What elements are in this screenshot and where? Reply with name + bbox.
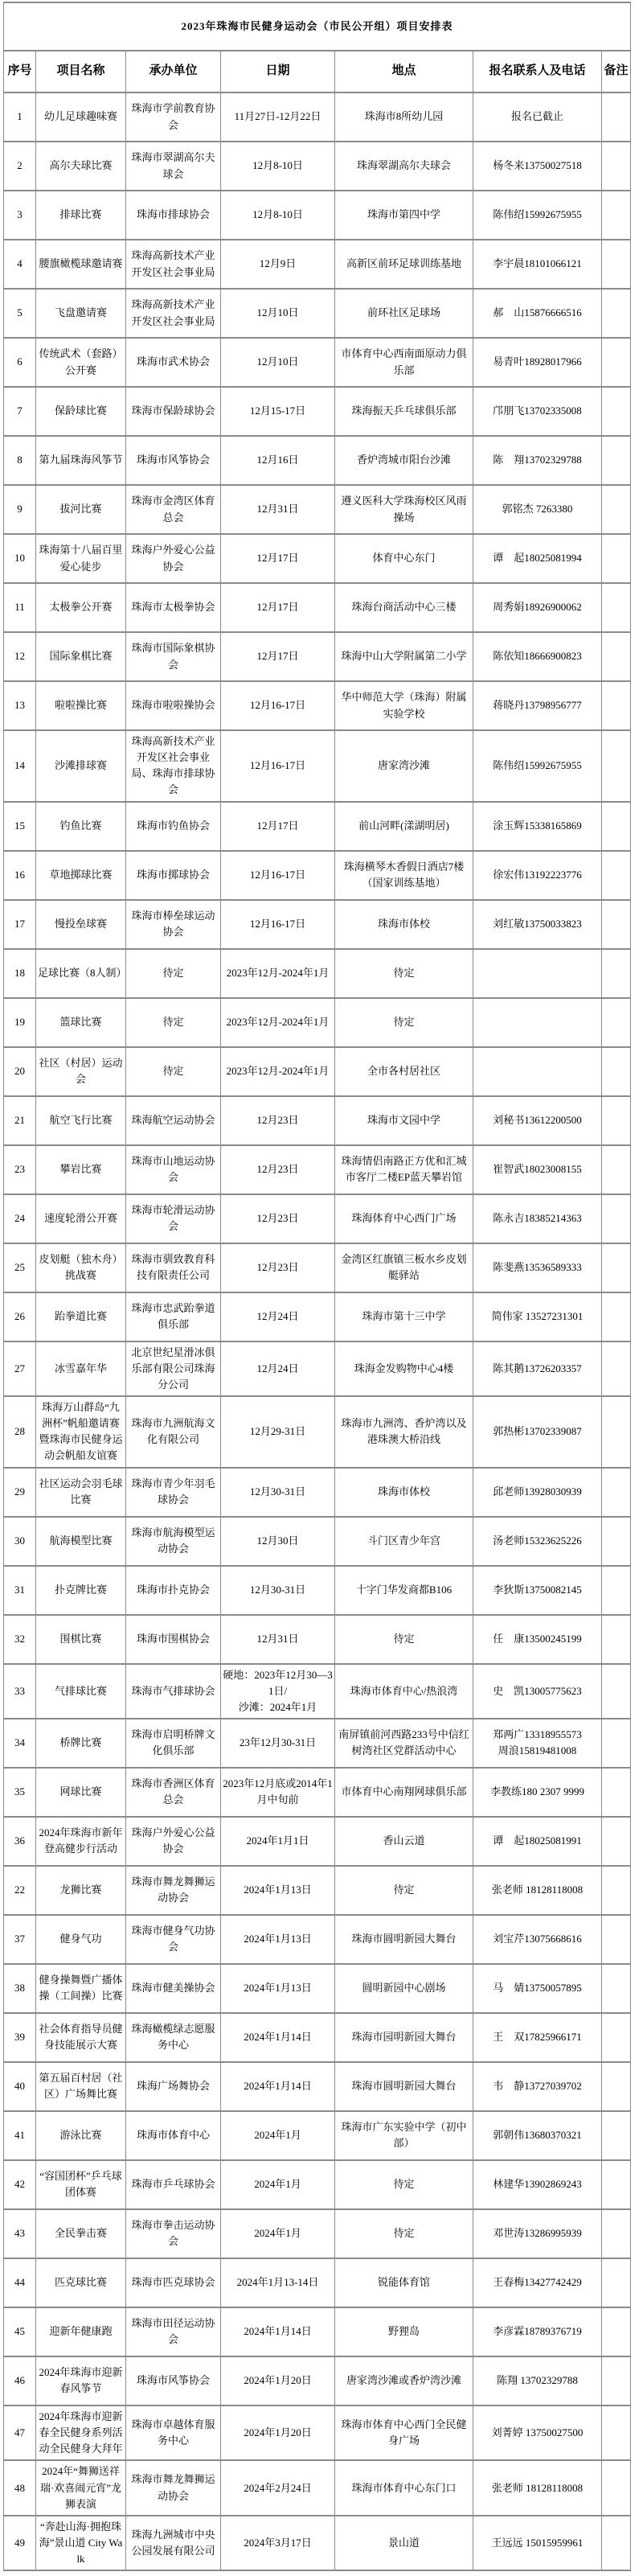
cell-date: 2024年1月13日 [221, 1866, 335, 1915]
cell-org: 待定 [126, 998, 221, 1047]
cell-loc: 十字门华发商都B106 [335, 1566, 473, 1615]
table-row: 33气排球比赛珠海市气排球协会硬地：2023年12月30—31日/ 沙滩：202… [4, 1664, 631, 1719]
cell-loc: 珠海体育中心西门广场 [335, 1194, 473, 1243]
cell-name: 攀岩比赛 [36, 1145, 126, 1194]
cell-name: 扑克牌比赛 [36, 1566, 126, 1615]
cell-org: 珠海户外爱心公益协会 [126, 1817, 221, 1866]
cell-date: 2024年1月 [221, 2111, 335, 2160]
table-row: 26跆拳道比赛珠海市忠武跆拳道俱乐部12月24日珠海市第十三中学简伟家 1352… [4, 1292, 631, 1341]
cell-loc: 珠海台商活动中心三楼 [335, 583, 473, 632]
cell-remark [602, 949, 631, 998]
table-row: 15钓鱼比赛珠海市钓鱼协会12月17日前山河畔(漾湖明居)涂玉辉15338165… [4, 802, 631, 851]
cell-contact: 李狄斯13750082145 [473, 1566, 602, 1615]
cell-name: 网球比赛 [36, 1768, 126, 1817]
cell-date: 23年12月30-31日 [221, 1719, 335, 1768]
cell-name: 速度轮滑公开赛 [36, 1194, 126, 1243]
cell-name: 草地掷球比赛 [36, 851, 126, 900]
cell-contact: 李彦霖18789376719 [473, 2307, 602, 2356]
cell-remark [602, 92, 631, 142]
cell-contact: 李宇晨18101066121 [473, 240, 602, 289]
cell-remark [602, 998, 631, 1047]
cell-loc: 高新区前环足球训练基地 [335, 240, 473, 289]
cell-loc: 南屏镇前河西路233号中信红树湾社区党群活动中心 [335, 1719, 473, 1768]
cell-org: 珠海市钓鱼协会 [126, 802, 221, 851]
cell-name: 拔河比赛 [36, 485, 126, 534]
cell-contact: 陈伟绍15992675955 [473, 191, 602, 240]
table-row: 3排球比赛珠海市排球协会12月8-10日珠海市第四中学陈伟绍1599267595… [4, 191, 631, 240]
cell-contact: 郭热彬13702339087 [473, 1396, 602, 1468]
cell-contact: 谭 起18025081991 [473, 1817, 602, 1866]
table-row: 42“容国团杯”乒乓球团体赛珠海市乒乓球协会2024年1月待定林建华139028… [4, 2160, 631, 2209]
cell-name: 迎新年健康跑 [36, 2307, 126, 2356]
cell-no: 3 [4, 191, 36, 240]
cell-org: 珠海市驯致教育科技有限责任公司 [126, 1243, 221, 1292]
table-row: 27冰雪嘉年华北京世纪星滑冰俱乐部有限公司珠海分公司12月24日珠海金发购物中心… [4, 1341, 631, 1396]
cell-org: 珠海市轮滑运动协会 [126, 1194, 221, 1243]
cell-name: 匹克球比赛 [36, 2258, 126, 2307]
cell-name: 2024年珠海市迎新春全民健身系列活动全民健身大拜年 [36, 2405, 126, 2460]
table-row: 40第五届百村居（社区）广场舞比赛珠海广场舞协会2024年1月14日珠海市圆明新… [4, 2062, 631, 2111]
table-row: 482024年“舞狮送祥瑞·欢喜闹元宵”龙狮表演珠海市舞龙舞狮运动协会2024年… [4, 2460, 631, 2515]
cell-contact: 郑两广13318955573 周浪15819481008 [473, 1719, 602, 1768]
cell-loc: 珠海市园明新园大舞台 [335, 2013, 473, 2062]
cell-contact: 任 康13500245199 [473, 1615, 602, 1664]
cell-remark [602, 1964, 631, 2013]
cell-date: 2024年1月13日 [221, 1964, 335, 2013]
cell-no: 32 [4, 1615, 36, 1664]
cell-loc: 唐家湾沙滩 [335, 730, 473, 802]
cell-no: 29 [4, 1468, 36, 1517]
cell-date: 12月31日 [221, 1615, 335, 1664]
cell-org: 珠海市风筝协会 [126, 436, 221, 485]
cell-no: 17 [4, 900, 36, 949]
cell-contact: 陈斐燕13536589333 [473, 1243, 602, 1292]
column-header: 报名联系人及电话 [473, 51, 602, 92]
schedule-table: 2023年珠海市民健身运动会（市民公开组）项目安排表 序号项目名称承办单位日期地… [3, 2, 631, 2571]
cell-name: “容国团杯”乒乓球团体赛 [36, 2160, 126, 2209]
cell-no: 39 [4, 2013, 36, 2062]
cell-date: 12月30-31日 [221, 1566, 335, 1615]
cell-contact: 张老师 18128118008 [473, 1866, 602, 1915]
table-row: 5飞盘邀请赛珠海高新技术产业开发区社会事业局12月10日前环社区足球场郝 山15… [4, 289, 631, 338]
table-row: 17慢投垒球赛珠海市棒垒球运动协会12月16-17日珠海市体校刘红敏137500… [4, 900, 631, 949]
table-row: 11太极拳公开赛珠海市太极拳协会12月17日珠海台商活动中心三楼周秀娟18926… [4, 583, 631, 632]
cell-remark [602, 1615, 631, 1664]
cell-contact: 涂玉辉15338165869 [473, 802, 602, 851]
cell-no: 47 [4, 2405, 36, 2460]
table-row: 45迎新年健康跑珠海市田径运动协会2024年1月14日野狸岛李彦霖1878937… [4, 2307, 631, 2356]
column-header: 承办单位 [126, 51, 221, 92]
cell-loc: 金湾区红旗镇三板水乡皮划艇驿站 [335, 1243, 473, 1292]
cell-contact: 陈伟绍15992675955 [473, 730, 602, 802]
cell-date: 12月23日 [221, 1096, 335, 1145]
cell-remark [602, 142, 631, 191]
table-row: 25皮划艇（独木舟）挑战赛珠海市驯致教育科技有限责任公司12月23日金湾区红旗镇… [4, 1243, 631, 1292]
cell-name: 珠海第十八届百里爱心徒步 [36, 534, 126, 583]
table-row: 462024年珠海市迎新春风筝节珠海市风筝协会2024年1月20日唐家湾沙滩或香… [4, 2356, 631, 2405]
cell-org: 珠海市拳击运动协会 [126, 2209, 221, 2258]
cell-no: 26 [4, 1292, 36, 1341]
cell-remark [602, 681, 631, 730]
table-row: 16草地掷球比赛珠海市掷球协会12月16-17日珠海横琴木香假日酒店7楼（国家训… [4, 851, 631, 900]
cell-no: 9 [4, 485, 36, 534]
cell-contact: 陈依知18666900823 [473, 632, 602, 681]
header-row: 序号项目名称承办单位日期地点报名联系人及电话备注 [4, 51, 631, 92]
cell-remark [602, 436, 631, 485]
cell-date: 12月23日 [221, 1194, 335, 1243]
cell-org: 珠海市棒垒球运动协会 [126, 900, 221, 949]
cell-remark [602, 387, 631, 436]
cell-org: 珠海市青少年羽毛球协会 [126, 1468, 221, 1517]
cell-remark [602, 730, 631, 802]
cell-org: 珠海市掷球协会 [126, 851, 221, 900]
cell-date: 12月10日 [221, 338, 335, 387]
cell-remark [602, 2209, 631, 2258]
column-header: 备注 [602, 51, 631, 92]
cell-date: 2023年12月底或2014年1月中旬前 [221, 1768, 335, 1817]
cell-date: 2024年1月20日 [221, 2405, 335, 2460]
cell-name: 传统武术（套路）公开赛 [36, 338, 126, 387]
cell-date: 12月10日 [221, 289, 335, 338]
cell-date: 12月16-17日 [221, 681, 335, 730]
cell-name: 气排球比赛 [36, 1664, 126, 1719]
cell-contact: 张老师 18128118008 [473, 2460, 602, 2515]
cell-no: 15 [4, 802, 36, 851]
cell-no: 4 [4, 240, 36, 289]
cell-no: 43 [4, 2209, 36, 2258]
table-row: 13啦啦操比赛珠海市啦啦操协会12月16-17日华中师范大学（珠海）附属实验学校… [4, 681, 631, 730]
title-row: 2023年珠海市民健身运动会（市民公开组）项目安排表 [4, 2, 631, 51]
cell-loc: 珠海市8所幼儿园 [335, 92, 473, 142]
cell-no: 14 [4, 730, 36, 802]
cell-loc: 华中师范大学（珠海）附属实验学校 [335, 681, 473, 730]
cell-no: 20 [4, 1047, 36, 1096]
cell-remark [602, 2460, 631, 2515]
cell-org: 珠海市九洲航海文化有限公司 [126, 1396, 221, 1468]
table-row: 20社区（村居）运动会待定2023年12月-2024年1月全市各村居社区 [4, 1047, 631, 1096]
cell-no: 12 [4, 632, 36, 681]
column-header: 地点 [335, 51, 473, 92]
cell-contact: 周秀娟18926900062 [473, 583, 602, 632]
cell-loc: 珠海市九洲湾、香炉湾以及港珠澳大桥沿线 [335, 1396, 473, 1468]
cell-org: 珠海航空运动协会 [126, 1096, 221, 1145]
cell-no: 38 [4, 1964, 36, 2013]
cell-org: 珠海市健身气功协会 [126, 1915, 221, 1964]
cell-org: 珠海橄榄绿志愿服务中心 [126, 2013, 221, 2062]
cell-org: 珠海市太极拳协会 [126, 583, 221, 632]
cell-date: 2023年12月-2024年1月 [221, 1047, 335, 1096]
cell-remark [602, 1768, 631, 1817]
cell-date: 12月24日 [221, 1292, 335, 1341]
table-row: 8第九届珠海风筝节珠海市风筝协会12月16日香炉湾城市阳台沙滩陈 翔137023… [4, 436, 631, 485]
cell-remark [602, 289, 631, 338]
cell-org: 珠海市翠湖高尔夫球会 [126, 142, 221, 191]
cell-no: 8 [4, 436, 36, 485]
cell-org: 珠海户外爱心公益协会 [126, 534, 221, 583]
cell-contact: 谭 起18025081994 [473, 534, 602, 583]
cell-remark [602, 1396, 631, 1468]
cell-org: 珠海市国际象棋协会 [126, 632, 221, 681]
cell-contact: 王 双17825966171 [473, 2013, 602, 2062]
cell-contact: 报名已截止 [473, 92, 602, 142]
cell-name: 健身操舞暨广播体操（工间操）比赛 [36, 1964, 126, 2013]
page-title: 2023年珠海市民健身运动会（市民公开组）项目安排表 [4, 2, 631, 51]
cell-no: 30 [4, 1517, 36, 1566]
cell-contact: 王春梅13427742429 [473, 2258, 602, 2307]
cell-date: 12月30日 [221, 1517, 335, 1566]
cell-name: 龙狮比赛 [36, 1866, 126, 1915]
cell-date: 2023年12月-2024年1月 [221, 998, 335, 1047]
cell-contact: 汤老师15323625226 [473, 1517, 602, 1566]
cell-contact: 徐宏伟13192223776 [473, 851, 602, 900]
cell-no: 6 [4, 338, 36, 387]
cell-loc: 珠海市第十三中学 [335, 1292, 473, 1341]
cell-loc: 锐能体育馆 [335, 2258, 473, 2307]
cell-contact: 崔智武18023008155 [473, 1145, 602, 1194]
cell-date: 2024年1月 [221, 2160, 335, 2209]
cell-no: 25 [4, 1243, 36, 1292]
cell-name: 慢投垒球赛 [36, 900, 126, 949]
cell-date: 12月16日 [221, 436, 335, 485]
cell-remark [602, 2307, 631, 2356]
cell-org: 珠海高新技术产业开发区社会事业局 [126, 289, 221, 338]
table-row: 43全民拳击赛珠海市拳击运动协会2024年1月待定邓世涛13286995939 [4, 2209, 631, 2258]
cell-name: 2024年珠海市新年登高健步行活动 [36, 1817, 126, 1866]
cell-remark [602, 1292, 631, 1341]
cell-date: 2024年1月13-14日 [221, 2258, 335, 2307]
table-row: 28珠海万山群岛“九洲杯”帆船邀请赛暨珠海市民健身运动会帆船友谊赛珠海市九洲航海… [4, 1396, 631, 1468]
cell-loc: 香山云道 [335, 1817, 473, 1866]
cell-date: 12月16-17日 [221, 730, 335, 802]
cell-no: 13 [4, 681, 36, 730]
column-header: 日期 [221, 51, 335, 92]
cell-date: 12月31日 [221, 485, 335, 534]
cell-no: 22 [4, 1866, 36, 1915]
cell-date: 12月30-31日 [221, 1468, 335, 1517]
cell-no: 46 [4, 2356, 36, 2405]
cell-name: 篮球比赛 [36, 998, 126, 1047]
table-row: 18足球比赛（8人制）待定2023年12月-2024年1月待定 [4, 949, 631, 998]
cell-remark [602, 1468, 631, 1517]
cell-remark [602, 240, 631, 289]
table-row: 14沙滩排球赛珠海高新技术产业开发区社会事业局、珠海市排球协会12月16-17日… [4, 730, 631, 802]
cell-org: 珠海市匹克球协会 [126, 2258, 221, 2307]
table-row: 2高尔夫球比赛珠海市翠湖高尔夫球会12月8-10日珠海翠湖高尔夫球会杨冬来137… [4, 142, 631, 191]
cell-name: 航海模型比赛 [36, 1517, 126, 1566]
cell-loc: 全市各村居社区 [335, 1047, 473, 1096]
cell-date: 2024年1月20日 [221, 2356, 335, 2405]
cell-no: 49 [4, 2516, 36, 2570]
cell-remark [602, 2258, 631, 2307]
cell-loc: 待定 [335, 949, 473, 998]
cell-no: 37 [4, 1915, 36, 1964]
cell-remark [602, 2111, 631, 2160]
cell-name: 社区（村居）运动会 [36, 1047, 126, 1096]
cell-loc: 珠海市广东实验中学（初中部） [335, 2111, 473, 2160]
cell-remark [602, 2062, 631, 2111]
cell-contact [473, 1047, 602, 1096]
cell-date: 2024年3月17日 [221, 2516, 335, 2570]
cell-loc: 待定 [335, 1866, 473, 1915]
cell-contact: 易青叶18928017966 [473, 338, 602, 387]
cell-name: 2024年珠海市迎新春风筝节 [36, 2356, 126, 2405]
cell-no: 36 [4, 1817, 36, 1866]
cell-contact: 陈翔 13702329788 [473, 2356, 602, 2405]
cell-no: 41 [4, 2111, 36, 2160]
cell-loc: 珠海市文园中学 [335, 1096, 473, 1145]
cell-contact: 邝朋飞13702335008 [473, 387, 602, 436]
cell-contact [473, 998, 602, 1047]
cell-remark [602, 1341, 631, 1396]
cell-no: 45 [4, 2307, 36, 2356]
cell-contact [473, 949, 602, 998]
cell-name: 跆拳道比赛 [36, 1292, 126, 1341]
cell-date: 12月17日 [221, 583, 335, 632]
cell-org: 珠海市保龄球协会 [126, 387, 221, 436]
table-row: 24速度轮滑公开赛珠海市轮滑运动协会12月23日珠海体育中心西门广场陈永吉183… [4, 1194, 631, 1243]
cell-org: 珠海市乒乓球协会 [126, 2160, 221, 2209]
cell-no: 2 [4, 142, 36, 191]
cell-no: 33 [4, 1664, 36, 1719]
cell-remark [602, 802, 631, 851]
cell-name: 幼儿足球趣味赛 [36, 92, 126, 142]
cell-contact: 刘宝芹13075668616 [473, 1915, 602, 1964]
cell-contact: 简伟家 13527231301 [473, 1292, 602, 1341]
cell-no: 23 [4, 1145, 36, 1194]
cell-date: 12月23日 [221, 1145, 335, 1194]
cell-org: 珠海市卓越体育服务中心 [126, 2405, 221, 2460]
cell-name: 排球比赛 [36, 191, 126, 240]
cell-name: 国际象棋比赛 [36, 632, 126, 681]
cell-no: 44 [4, 2258, 36, 2307]
cell-remark [602, 1915, 631, 1964]
cell-name: 全民拳击赛 [36, 2209, 126, 2258]
cell-remark [602, 2405, 631, 2460]
cell-loc: 珠海市体育中心西门全民健身广场 [335, 2405, 473, 2460]
cell-remark [602, 851, 631, 900]
cell-org: 珠海市香洲区体育总会 [126, 1768, 221, 1817]
cell-org: 珠海市健美操协会 [126, 1964, 221, 2013]
table-row: 23攀岩比赛珠海市山地运动协会12月23日珠海情侣南路正方优和汇城市客厅二楼EP… [4, 1145, 631, 1194]
cell-name: 第九届珠海风筝节 [36, 436, 126, 485]
cell-name: 社区运动会羽毛球比赛 [36, 1468, 126, 1517]
cell-contact: 刘红敏13750033823 [473, 900, 602, 949]
cell-date: 2024年1月1日 [221, 1817, 335, 1866]
cell-remark [602, 534, 631, 583]
cell-name: 2024年“舞狮送祥瑞·欢喜闹元宵”龙狮表演 [36, 2460, 126, 2515]
cell-org: 珠海市风筝协会 [126, 2356, 221, 2405]
cell-loc: 珠海市圆明新园大舞台 [335, 2062, 473, 2111]
cell-contact: 杨冬来13750027518 [473, 142, 602, 191]
cell-date: 12月23日 [221, 1243, 335, 1292]
cell-org: 珠海高新技术产业开发区社会事业局、珠海市排球协会 [126, 730, 221, 802]
cell-loc: 珠海情侣南路正方优和汇城市客厅二楼EP蓝天攀岩馆 [335, 1145, 473, 1194]
cell-date: 2023年12月-2024年1月 [221, 949, 335, 998]
cell-remark [602, 191, 631, 240]
cell-date: 12月16-17日 [221, 851, 335, 900]
cell-loc: 珠海市体育中心/热浪湾 [335, 1664, 473, 1719]
table-row: 21航空飞行比赛珠海航空运动协会12月23日珠海市文园中学刘秘书13612200… [4, 1096, 631, 1145]
cell-remark [602, 632, 631, 681]
cell-contact: 郭朝伟13680370321 [473, 2111, 602, 2160]
cell-name: 啦啦操比赛 [36, 681, 126, 730]
cell-date: 2024年1月14日 [221, 2062, 335, 2111]
cell-no: 34 [4, 1719, 36, 1768]
cell-no: 7 [4, 387, 36, 436]
cell-org: 珠海市忠武跆拳道俱乐部 [126, 1292, 221, 1341]
cell-contact: 陈永吉18385214363 [473, 1194, 602, 1243]
cell-org: 珠海市学前教育协会 [126, 92, 221, 142]
cell-no: 1 [4, 92, 36, 142]
cell-org: 珠海广场舞协会 [126, 2062, 221, 2111]
cell-remark [602, 583, 631, 632]
cell-loc: 珠海横琴木香假日酒店7楼（国家训练基地） [335, 851, 473, 900]
cell-name: 保龄球比赛 [36, 387, 126, 436]
cell-date: 2024年1月 [221, 2209, 335, 2258]
cell-contact: 郭铭杰 7263380 [473, 485, 602, 534]
cell-loc: 前山河畔(漾湖明居) [335, 802, 473, 851]
table-row: 32围棋比赛珠海市围棋协会12月31日待定任 康13500245199 [4, 1615, 631, 1664]
cell-name: 游泳比赛 [36, 2111, 126, 2160]
cell-loc: 珠海振天乒乓球俱乐部 [335, 387, 473, 436]
cell-contact: 邱老师13928030939 [473, 1468, 602, 1517]
cell-no: 10 [4, 534, 36, 583]
table-row: 44匹克球比赛珠海市匹克球协会2024年1月13-14日锐能体育馆王春梅1342… [4, 2258, 631, 2307]
cell-no: 21 [4, 1096, 36, 1145]
cell-name: 飞盘邀请赛 [36, 289, 126, 338]
cell-org: 珠海市金湾区体育总会 [126, 485, 221, 534]
cell-loc: 珠海金发购物中心4楼 [335, 1341, 473, 1396]
cell-contact: 邓世涛13286995939 [473, 2209, 602, 2258]
cell-remark [602, 1194, 631, 1243]
cell-date: 2024年2月24日 [221, 2460, 335, 2515]
cell-remark [602, 485, 631, 534]
cell-remark [602, 1866, 631, 1915]
cell-contact: 郝 山15876666516 [473, 289, 602, 338]
cell-no: 5 [4, 289, 36, 338]
cell-loc: 珠海市第四中学 [335, 191, 473, 240]
cell-name: 围棋比赛 [36, 1615, 126, 1664]
table-row: 7保龄球比赛珠海市保龄球协会12月15-17日珠海振天乒乓球俱乐部邝朋飞1370… [4, 387, 631, 436]
cell-loc: 待定 [335, 998, 473, 1047]
cell-loc: 珠海市体校 [335, 1468, 473, 1517]
cell-name: 皮划艇（独木舟）挑战赛 [36, 1243, 126, 1292]
cell-name: 沙滩排球赛 [36, 730, 126, 802]
cell-loc: 野狸岛 [335, 2307, 473, 2356]
cell-remark [602, 2516, 631, 2570]
cell-remark [602, 1664, 631, 1719]
cell-loc: 市体育中心南翔网球俱乐部 [335, 1768, 473, 1817]
cell-loc: 珠海市圆明新园大舞台 [335, 1915, 473, 1964]
table-row: 49“奔赴山海·拥抱珠海”景山道 City Walk珠海九洲城市中央公园发展有限… [4, 2516, 631, 2570]
cell-loc: 圆明新园中心剧场 [335, 1964, 473, 2013]
table-row: 34桥牌比赛珠海市启明桥牌文化俱乐部23年12月30-31日南屏镇前河西路233… [4, 1719, 631, 1768]
cell-no: 31 [4, 1566, 36, 1615]
cell-remark [602, 1517, 631, 1566]
table-row: 22龙狮比赛珠海市舞龙舞狮运动协会2024年1月13日待定张老师 1812811… [4, 1866, 631, 1915]
cell-remark [602, 2356, 631, 2405]
cell-org: 珠海市田径运动协会 [126, 2307, 221, 2356]
cell-loc: 斗门区青少年宫 [335, 1517, 473, 1566]
cell-loc: 体育中心东门 [335, 534, 473, 583]
cell-date: 12月8-10日 [221, 191, 335, 240]
cell-name: 桥牌比赛 [36, 1719, 126, 1768]
cell-no: 35 [4, 1768, 36, 1817]
cell-contact: 刘秘书13612200500 [473, 1096, 602, 1145]
cell-org: 珠海市航海模型运动协会 [126, 1517, 221, 1566]
cell-org: 珠海市启明桥牌文化俱乐部 [126, 1719, 221, 1768]
cell-no: 16 [4, 851, 36, 900]
